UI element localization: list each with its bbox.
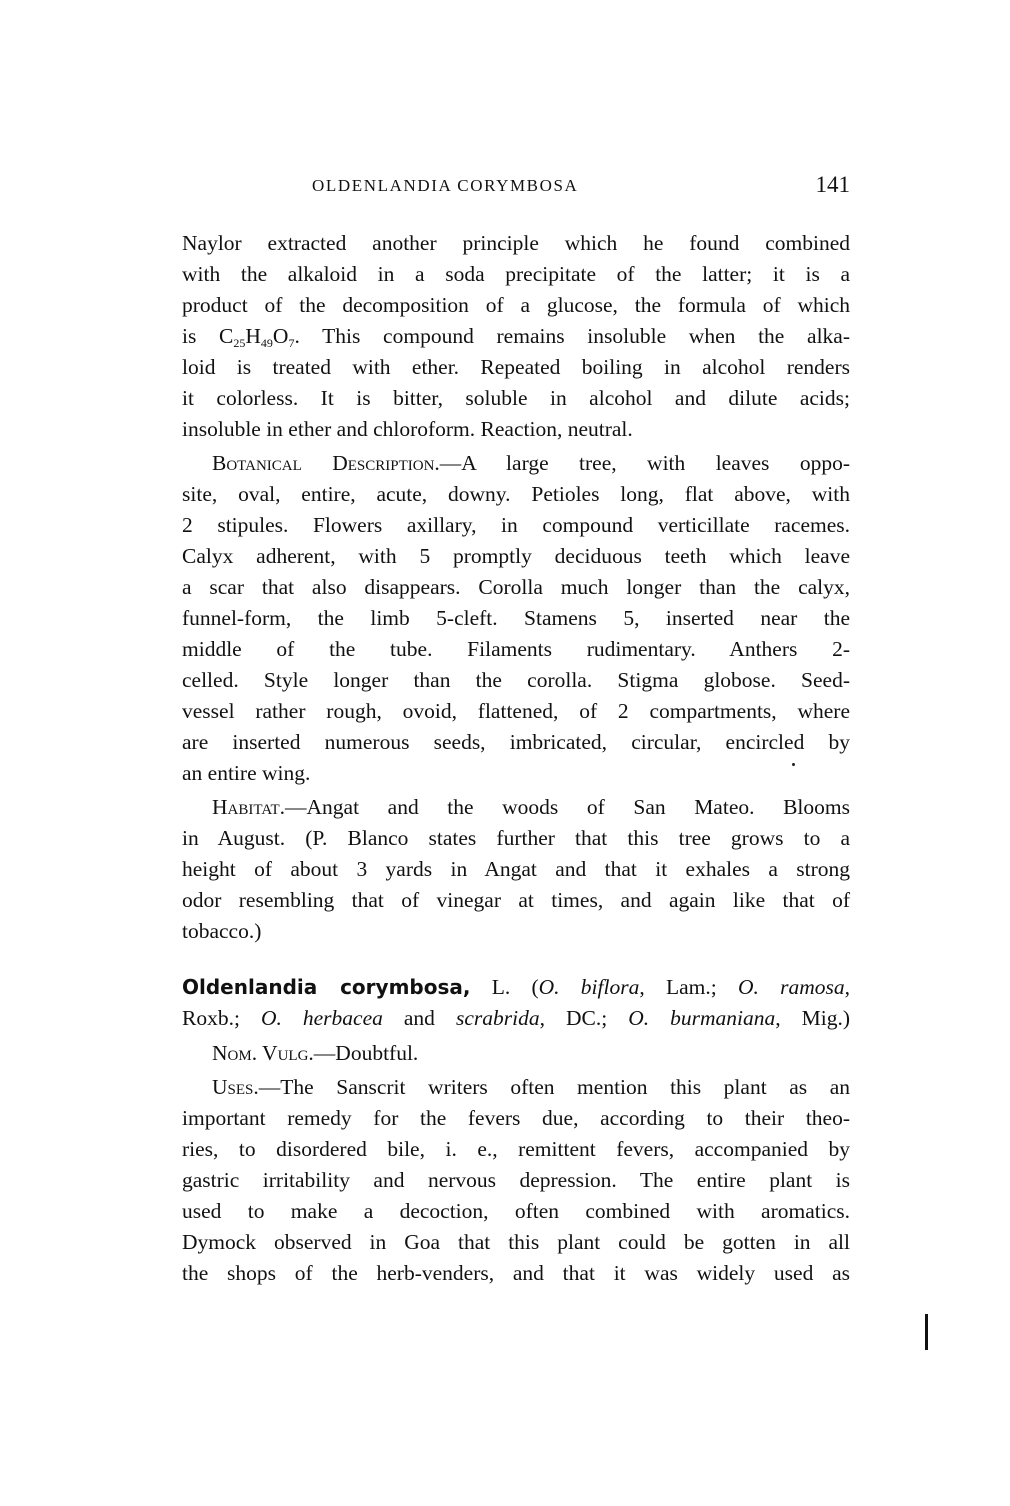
text-line: site, oval, entire, acute, downy. Petiol… <box>182 479 850 510</box>
uses-first-line: Uses.—The Sanscrit writers often mention… <box>212 1072 850 1103</box>
section-heading-botanical: Botanical Description. <box>212 451 440 475</box>
text-line: tobacco.) <box>182 916 850 947</box>
text-line: loid is treated with ether. Repeated boi… <box>182 352 850 383</box>
text-line: Dymock observed in Goa that this plant c… <box>182 1227 850 1258</box>
running-title: OLDENLANDIA CORYMBOSA <box>312 176 578 196</box>
text-line: are inserted numerous seeds, imbricated,… <box>182 727 850 758</box>
text-line: gastric irritability and nervous depress… <box>182 1165 850 1196</box>
text-line: funnel-form, the limb 5-cleft. Stamens 5… <box>182 603 850 634</box>
section-heading-nom-vulg: Nom. Vulg. <box>212 1041 314 1065</box>
text-line: it colorless. It is bitter, soluble in a… <box>182 383 850 414</box>
text-line: insoluble in ether and chloroform. React… <box>182 414 850 445</box>
section-heading-habitat: Habitat. <box>212 795 285 819</box>
text-line: with the alkaloid in a soda precipitate … <box>182 259 850 290</box>
species-name: Oldenlandia corymbosa, <box>182 975 470 999</box>
text-line: product of the decomposition of a glucos… <box>182 290 850 321</box>
synonyms-line: Roxb.; O. herbacea and scrabrida, DC.; O… <box>182 1003 850 1034</box>
text-line: important remedy for the fevers due, acc… <box>182 1103 850 1134</box>
print-speck <box>792 763 795 766</box>
text-line: Calyx adherent, with 5 promptly deciduou… <box>182 541 850 572</box>
nom-vulg-line: Nom. Vulg.—Doubtful. <box>212 1038 850 1069</box>
scan-edge-mark <box>925 1314 928 1350</box>
text-line: odor resembling that of vinegar at times… <box>182 885 850 916</box>
text-line: Naylor extracted another principle which… <box>182 228 850 259</box>
text-line: celled. Style longer than the corolla. S… <box>182 665 850 696</box>
species-heading-line: Oldenlandia corymbosa, L. (O. biflora, L… <box>182 972 850 1003</box>
text-line: a scar that also disappears. Corolla muc… <box>182 572 850 603</box>
page-number: 141 <box>816 172 851 198</box>
habitat-first-line: Habitat.—Angat and the woods of San Mate… <box>212 792 850 823</box>
text-line: 2 stipules. Flowers axillary, in compoun… <box>182 510 850 541</box>
running-head: OLDENLANDIA CORYMBOSA 141 <box>182 172 850 202</box>
text-line: an entire wing. <box>182 758 850 789</box>
botanical-first-line: Botanical Description.—A large tree, wit… <box>212 448 850 479</box>
text-line: the shops of the herb-venders, and that … <box>182 1258 850 1289</box>
text-line: ries, to disordered bile, i. e., remitte… <box>182 1134 850 1165</box>
text-line: in August. (P. Blanco states further tha… <box>182 823 850 854</box>
section-heading-uses: Uses. <box>212 1075 259 1099</box>
text-line: used to make a decoction, often combined… <box>182 1196 850 1227</box>
text-line: middle of the tube. Filaments rudimentar… <box>182 634 850 665</box>
text-line: vessel rather rough, ovoid, flattened, o… <box>182 696 850 727</box>
text-line: height of about 3 yards in Angat and tha… <box>182 854 850 885</box>
formula-line: is C25H49O7. This compound remains insol… <box>182 321 850 352</box>
